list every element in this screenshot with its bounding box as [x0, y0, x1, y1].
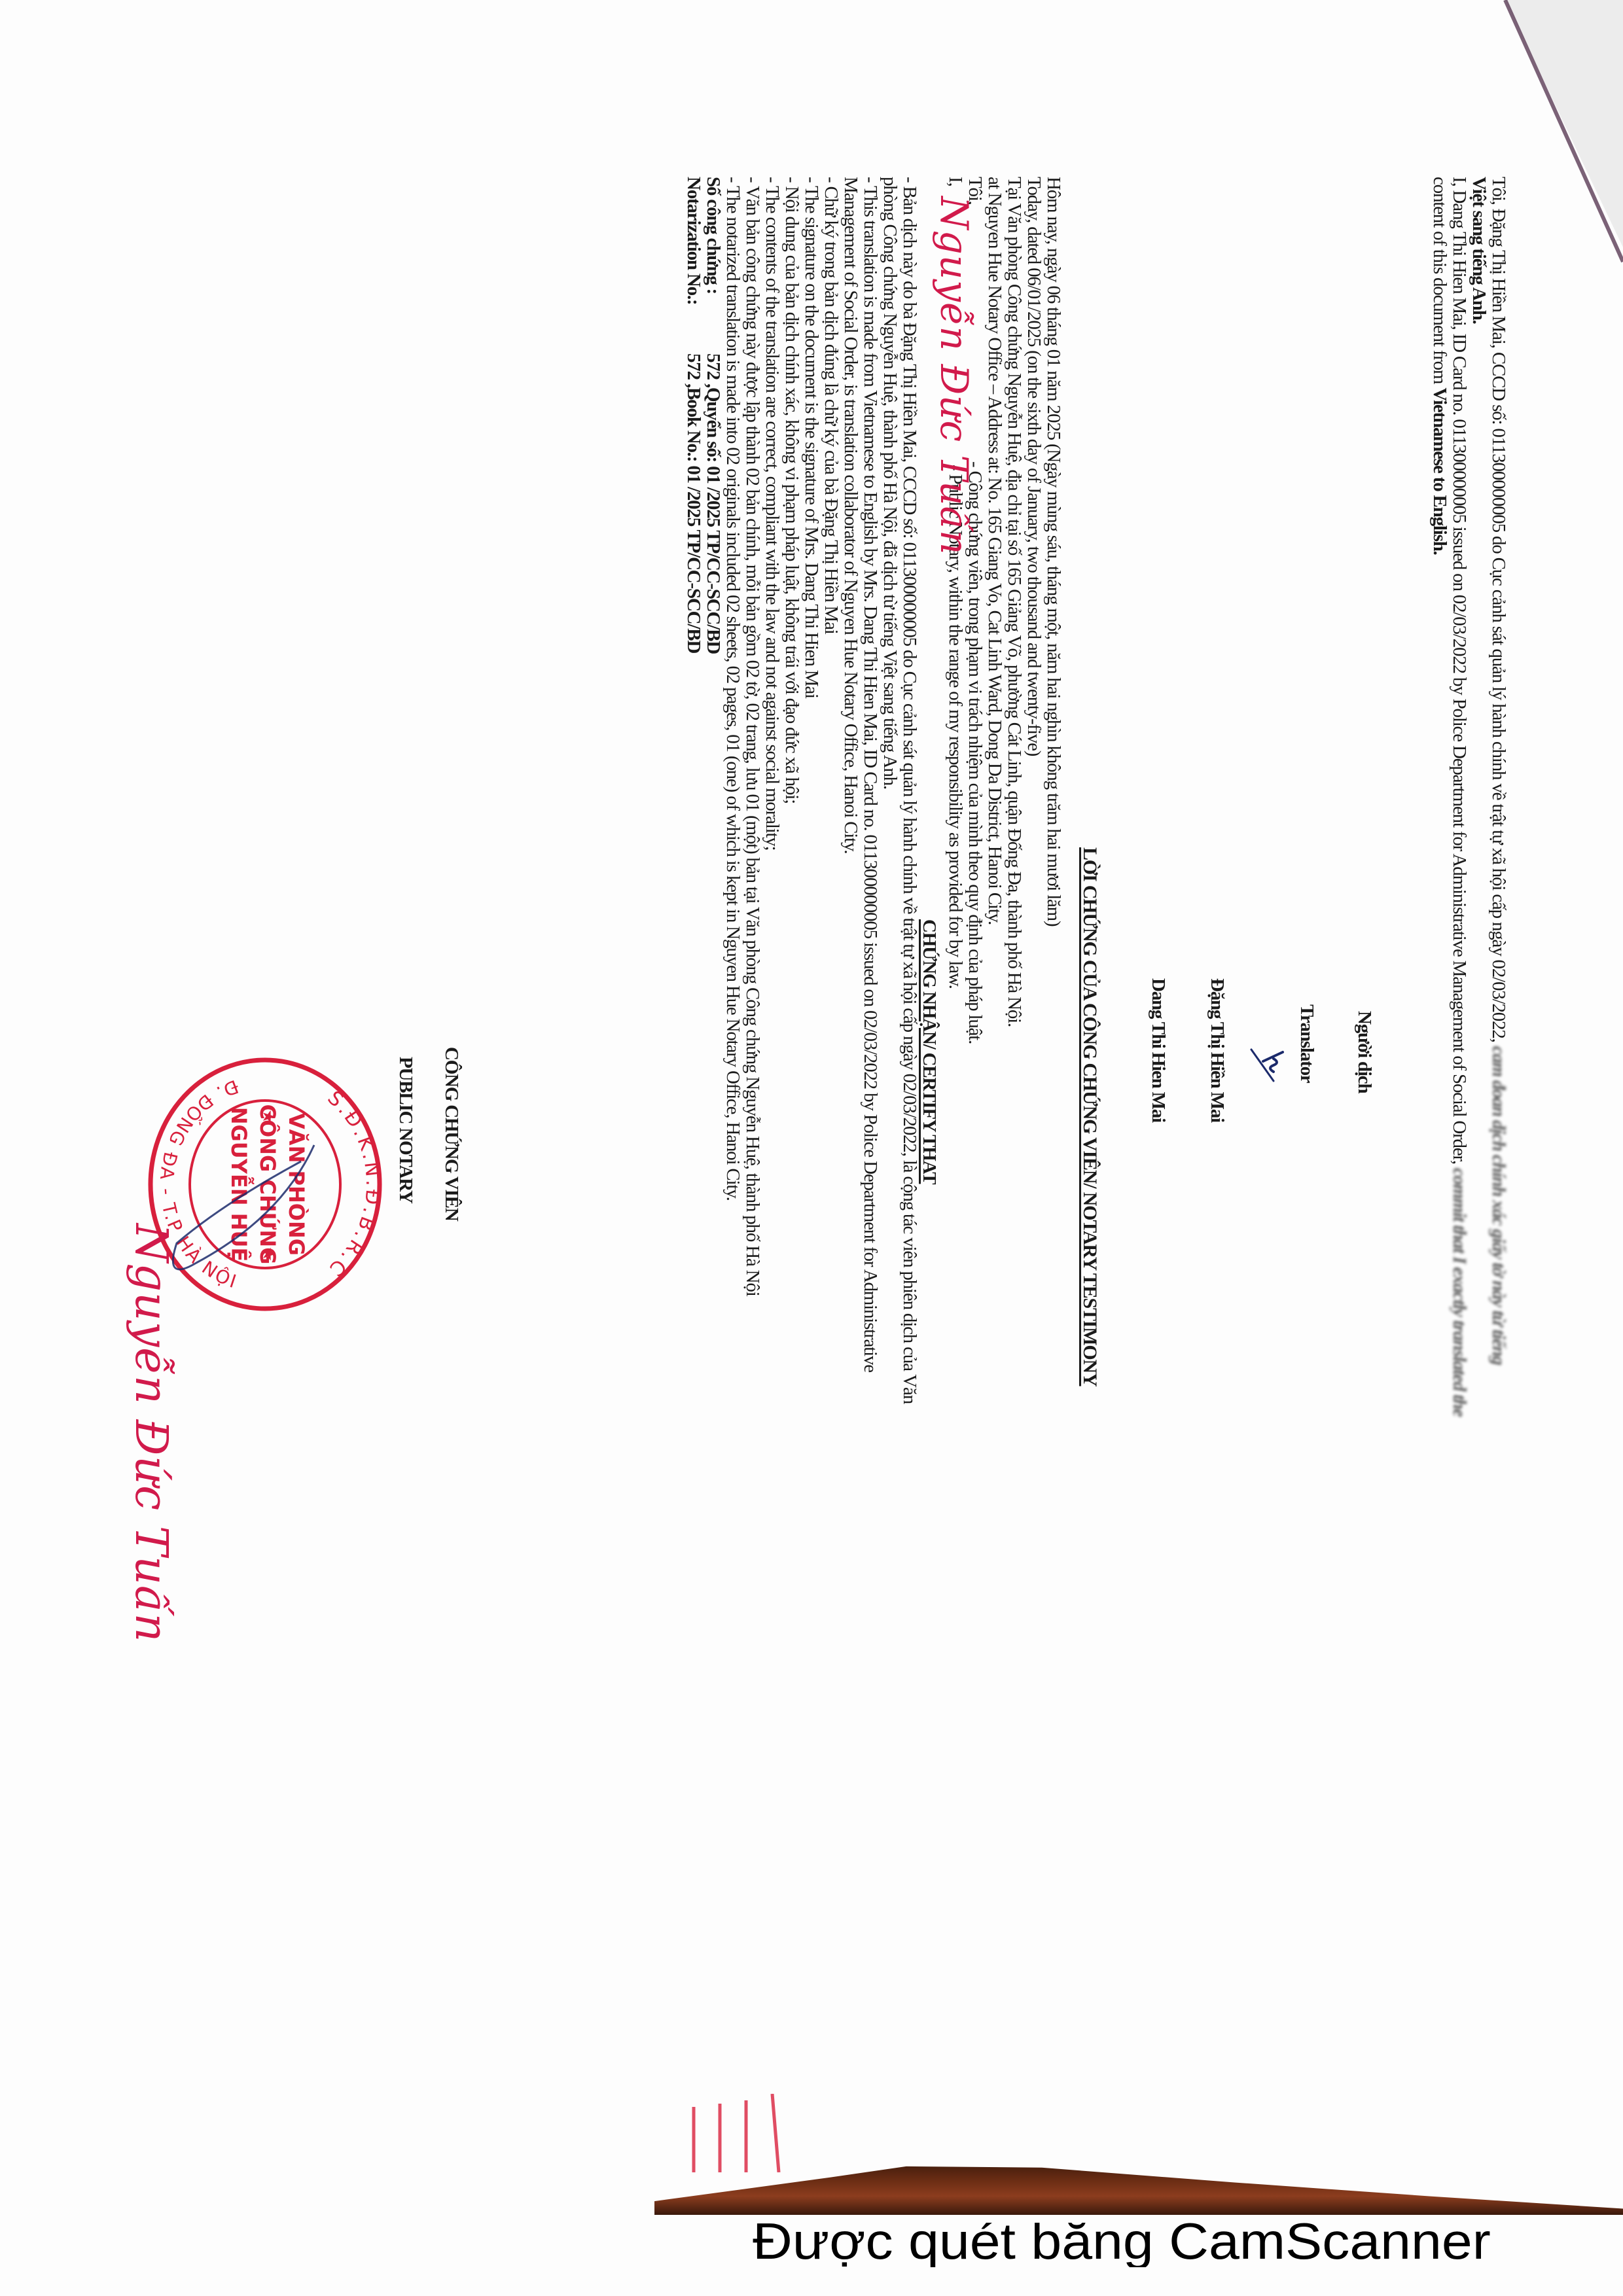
notary-title-en: PUBLIC NOTARY: [396, 1057, 416, 1203]
page-bottom-shadow: [654, 2153, 1623, 2215]
intro-line-vi-2: Việt sang tiếng Anh.: [1469, 177, 1489, 324]
intro-faded-vi: cam đoan dịch chính xác giấy tờ này từ t…: [1488, 1046, 1509, 1365]
rotated-document: Tôi, Đặng Thị Hiền Mai, CCCD số: 0113000…: [85, 177, 1525, 2140]
paragraph-line-2: Today, dated 06/01/2025 (on the sixth da…: [1024, 177, 1044, 756]
translator-label-en: Translator: [1297, 1004, 1317, 1083]
translator-signature: [1237, 1027, 1289, 1099]
intro-line-en-2: content of this document from Vietnamese…: [1430, 177, 1450, 555]
intro-line-vi: Tôi, Đặng Thị Hiền Mai, CCCD số: 0113000…: [1489, 177, 1508, 1365]
intro-faded-en: commit that I exactly translated the: [1449, 1168, 1470, 1417]
testimony-heading: LỜI CHỨNG CỦA CÔNG CHỨNG VIÊN/ NOTARY TE…: [1080, 847, 1099, 1386]
intro-line-en: I, Dang Thi Hien Mai, ID Card no. 011300…: [1450, 177, 1469, 1417]
notary-signature: Nguyễn Đức Tuấn: [125, 1224, 177, 1642]
notary-signature-inline: Nguyễn Đức Tuấn: [932, 196, 976, 556]
notary-stamp: S.Đ.K.N.Đ.B.R.C Đ. ĐỐNG ĐA - T.P HÀ NỘI …: [144, 1047, 393, 1322]
toi-en-label: I,: [946, 177, 965, 186]
camscanner-watermark: Được quét bằng CamScanner: [753, 2215, 1491, 2267]
certify-item: - The contents of the translation are co…: [762, 177, 782, 850]
scanned-page: Tôi, Đặng Thị Hiền Mai, CCCD số: 0113000…: [0, 0, 1623, 2296]
certify-item: - This translation is made from Vietname…: [861, 177, 880, 1372]
paragraph-line-4: at Nguyen Hue Notary Office – Address at…: [985, 177, 1005, 925]
notary-title-vi: CÔNG CHỨNG VIÊN: [442, 1047, 461, 1221]
svg-text:S.Đ.K.N.Đ.B.R.C: S.Đ.K.N.Đ.B.R.C: [323, 1087, 384, 1282]
svg-text:NGUYỄN HUỆ: NGUYỄN HUỆ: [226, 1107, 255, 1262]
svg-text:VĂN PHÒNG: VĂN PHÒNG: [284, 1113, 310, 1256]
so-cong-chung-label: Số công chứng :: [704, 177, 723, 294]
paragraph-line-3: Tại Văn phòng Công chứng Nguyễn Huệ, địa…: [1005, 177, 1024, 1027]
certify-item: - Chữ ký trong bản dịch đúng là chữ ký c…: [821, 177, 841, 634]
partial-stamp: [681, 2094, 792, 2172]
translator-name-en: Dang Thi Hien Mai: [1149, 978, 1168, 1122]
certify-item: - Văn bản công chứng này được lập thành …: [743, 177, 762, 1296]
translator-name-vi: Đặng Thị Hiền Mai: [1207, 978, 1227, 1122]
certify-heading: CHỨNG NHẬN/ CERTIFY THAT: [919, 919, 939, 1184]
certify-item: - Bản dịch này do bà Đặng Thị Hiền Mai, …: [900, 177, 919, 1404]
certify-item: phòng Công chứng Nguyễn Huệ, thành phố H…: [880, 177, 900, 789]
translator-label-vi: Người dịch: [1355, 1011, 1374, 1093]
certify-item: - The signature on the document is the s…: [802, 177, 821, 698]
notarization-label: Notarization No.:: [684, 177, 704, 304]
certify-item: Management of Social Order, is translati…: [841, 177, 861, 853]
certify-item: - Nội dung của bản dịch chính xác, không…: [782, 177, 802, 804]
certify-item: - The notarized translation is made into…: [723, 177, 743, 1201]
notarization-value: 572 ,Book No.: 01 /2025 TP/CC-SCC/BD: [684, 353, 704, 653]
paragraph-line-1: Hôm nay, ngày 06 tháng 01 năm 2025 (Ngày…: [1044, 177, 1063, 927]
so-cong-chung-value: 572 ,Quyển số: 01 /2025 TP/CC-SCC/BD: [704, 353, 723, 654]
